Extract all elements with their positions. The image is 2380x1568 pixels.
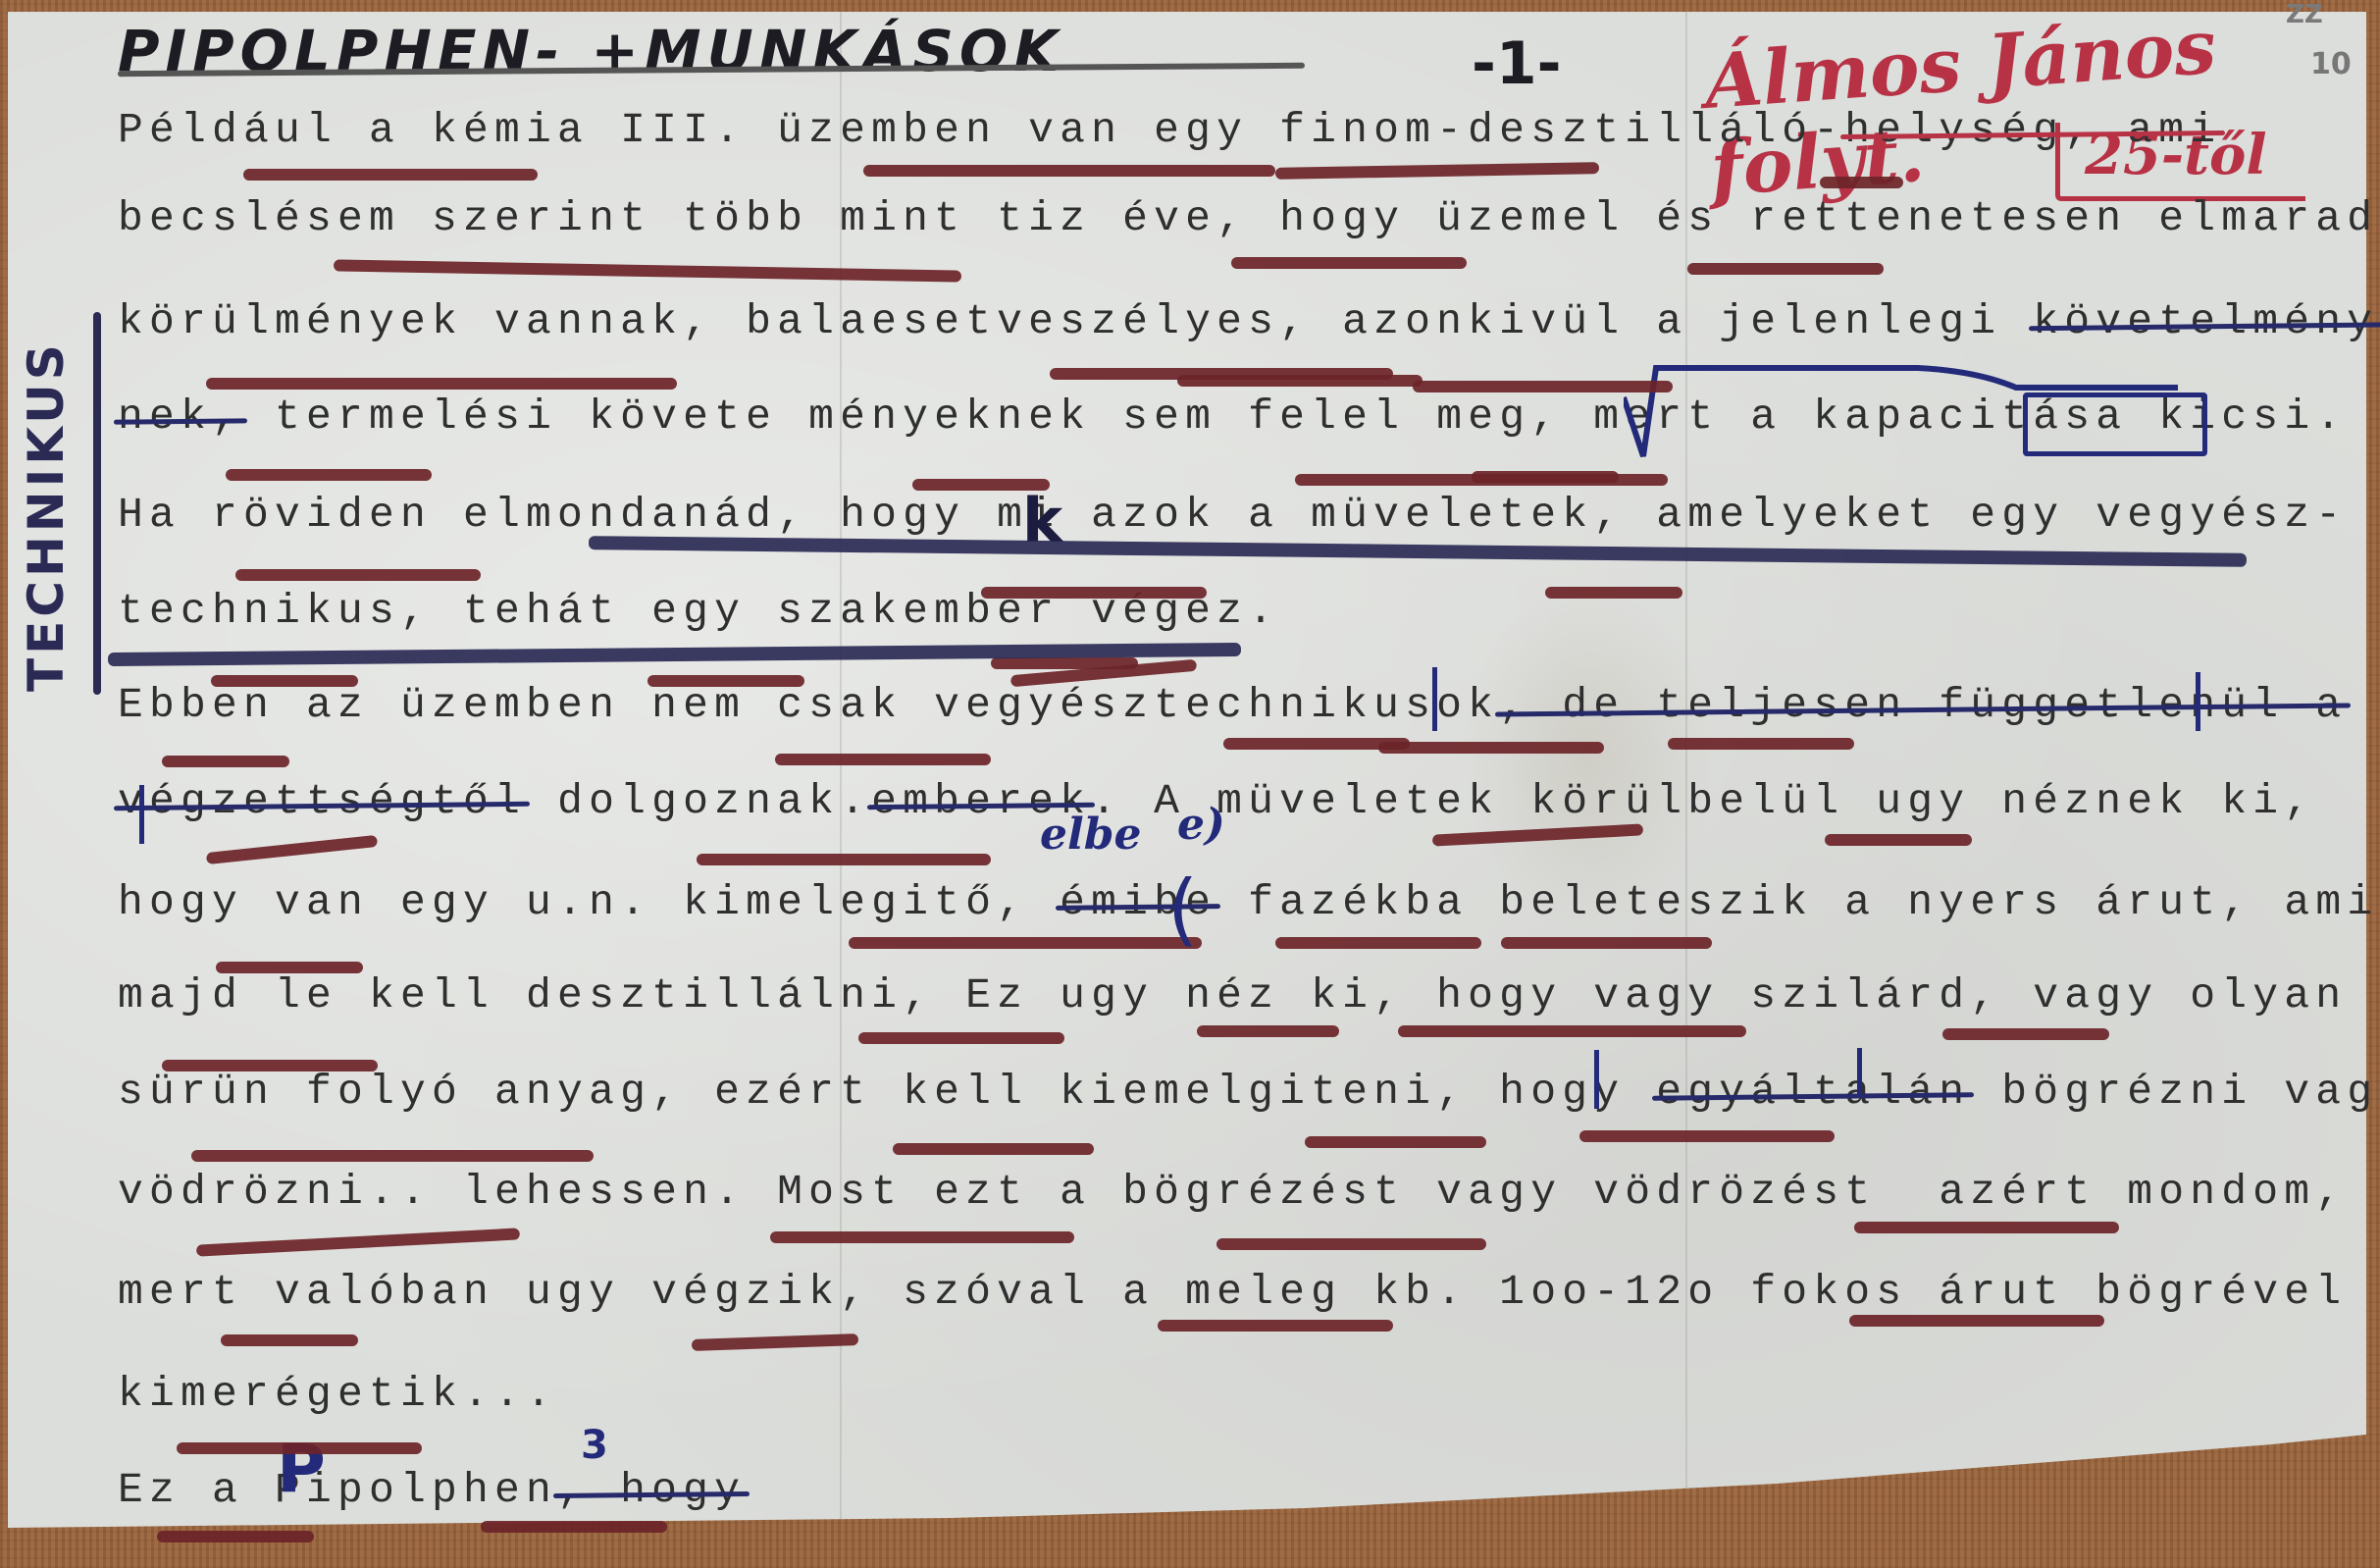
typed-line: majd le kell desztillálni, Ez ugy néz ki… <box>118 971 2347 1019</box>
underline-mark <box>1158 1320 1393 1332</box>
typed-line: vödrözni.. lehessen. Most ezt a bögrézés… <box>118 1168 2347 1216</box>
underline-mark <box>858 1032 1064 1044</box>
underline-mark <box>235 569 481 581</box>
blue-bracket-mark <box>1857 1048 1862 1097</box>
underline-mark <box>697 854 991 865</box>
underline-mark <box>863 165 1275 177</box>
underline-mark <box>1216 1238 1486 1250</box>
insertion-check-mark <box>1624 363 2183 461</box>
typed-line: Például a kémia III. üzemben van egy fin… <box>118 106 2221 154</box>
underline-mark <box>211 675 358 687</box>
corner-mark: ZZ <box>2286 0 2323 29</box>
underline-mark <box>1579 1130 1835 1142</box>
page-number: -1- <box>1472 29 1562 98</box>
underline-mark <box>770 1231 1074 1243</box>
underline-mark <box>1825 834 1972 846</box>
underline-mark <box>1472 471 1619 483</box>
underline-mark <box>1398 1025 1746 1037</box>
underline-mark <box>1854 1222 2119 1233</box>
struck-text: egyáltalán <box>1656 1068 1970 1116</box>
underline-mark <box>221 1334 358 1346</box>
blue-bracket-mark <box>1594 1050 1599 1109</box>
typed-line: mert valóban ugy végzik, szóval a meleg … <box>118 1268 2347 1316</box>
struck-text: nek, <box>118 392 243 441</box>
struck-text: , de teljesen függetlenül a <box>1499 681 2347 729</box>
typed-line: Ha röviden elmondanád, hogy mi azok a mü… <box>118 491 2347 539</box>
underline-mark <box>191 1150 594 1162</box>
typed-line: becslésem szerint több mint tiz éve, hog… <box>118 194 2380 242</box>
underline-mark <box>216 962 363 973</box>
blue-bracket-mark <box>1432 667 1437 731</box>
underline-mark <box>849 937 1202 949</box>
underline-mark <box>206 378 677 390</box>
inserted-word: e) <box>1177 800 1225 850</box>
blue-bracket-mark <box>139 785 144 844</box>
typed-line: Ez a Pipolphen, hogy <box>118 1466 746 1514</box>
underline-mark <box>157 1531 314 1542</box>
typed-line: körülmények vannak, balaesetveszélyes, a… <box>118 297 2380 345</box>
underline-mark <box>981 587 1207 599</box>
underline-mark <box>1305 1136 1486 1148</box>
margin-bracket-line <box>93 312 101 695</box>
underline-mark <box>1545 587 1682 599</box>
underline-mark <box>893 1143 1094 1155</box>
underline-mark <box>775 754 991 765</box>
underline-mark <box>1687 263 1884 275</box>
underline-mark <box>1849 1315 2104 1327</box>
typed-line: kimerégetik... <box>118 1370 557 1418</box>
underline-mark <box>1413 381 1673 392</box>
struck-text: , hogy <box>557 1466 746 1514</box>
underline-mark <box>1820 177 1903 188</box>
struck-text: követelmények <box>2033 297 2380 345</box>
underline-mark <box>1378 742 1604 754</box>
underline-mark <box>1231 257 1467 269</box>
underline-mark <box>647 675 804 687</box>
underline-mark <box>1275 937 1481 949</box>
struck-text: helység, ami <box>1844 106 2221 154</box>
underline-mark <box>481 1521 667 1533</box>
underline-mark <box>912 479 1050 491</box>
inserted-letter: 3 <box>581 1423 608 1468</box>
typed-line: hogy van egy u.n. kimelegitő, émibe fazé… <box>118 878 2380 926</box>
underline-mark <box>1668 738 1854 750</box>
underline-mark <box>243 169 538 181</box>
inserted-word: elbe <box>1040 810 1141 860</box>
underline-mark <box>162 756 289 767</box>
underline-mark <box>1942 1028 2109 1040</box>
underline-mark <box>162 1060 378 1071</box>
typed-line: sürün folyó anyag, ezért kell kiemelgite… <box>118 1068 2380 1116</box>
blue-bracket-mark <box>2196 672 2200 731</box>
struck-text: végzettségtől <box>118 777 526 825</box>
underline-mark <box>1501 937 1712 949</box>
underline-mark <box>1197 1025 1339 1037</box>
underline-mark <box>1177 375 1423 387</box>
typed-line: Ebben az üzemben nem csak vegyésztechnik… <box>118 681 2347 729</box>
margin-label: TECHNIKUS <box>18 340 75 692</box>
underline-mark <box>177 1442 422 1454</box>
underline-mark <box>226 469 432 481</box>
corner-mark: 10 <box>2310 47 2352 81</box>
blue-paren-mark: ( <box>1167 863 1198 955</box>
